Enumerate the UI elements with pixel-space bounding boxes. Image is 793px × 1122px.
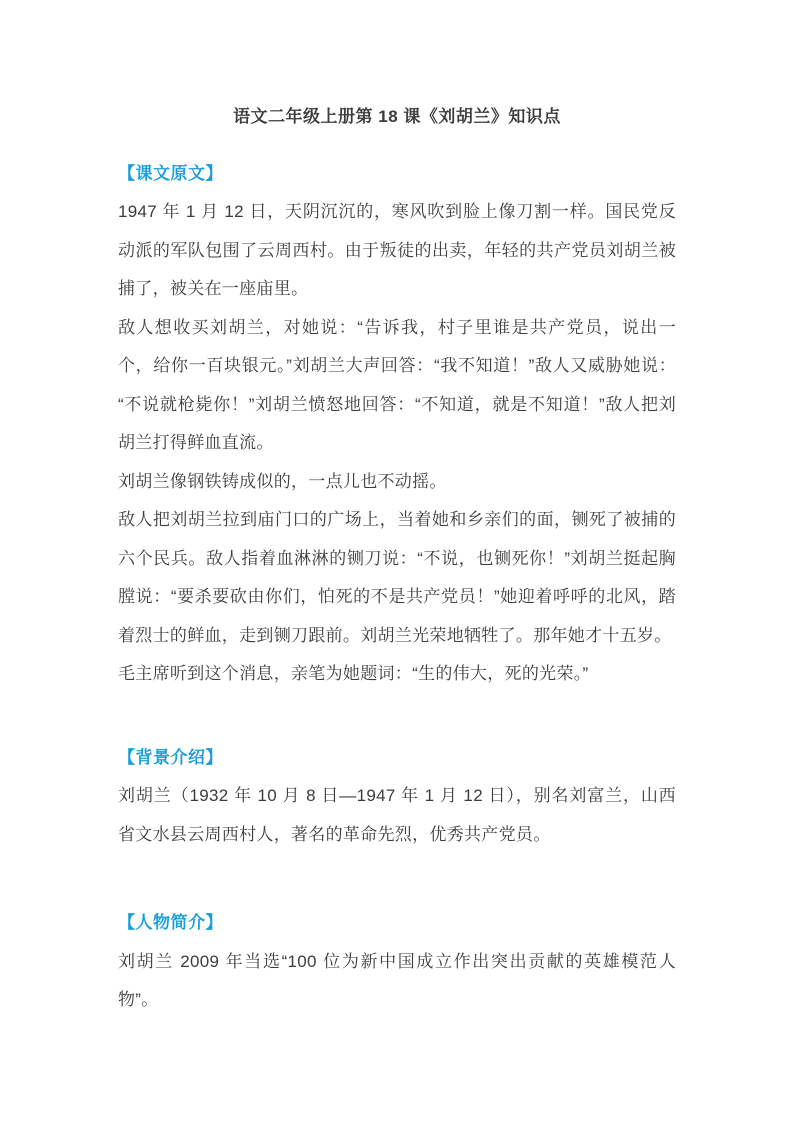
section-heading-person-intro: 【人物简介】 xyxy=(118,904,676,943)
paragraph-person-intro-1: 刘胡兰 2009 年当选“100 位为新中国成立作出突出贡献的英雄模范人物”。 xyxy=(118,943,676,1020)
paragraph-course-text-1: 1947 年 1 月 12 日，天阴沉沉的，寒风吹到脸上像刀割一样。国民党反动派… xyxy=(118,193,676,309)
section-background: 【背景介绍】 刘胡兰（1932 年 10 月 8 日—1947 年 1 月 12… xyxy=(118,739,676,855)
section-course-text: 【课文原文】 1947 年 1 月 12 日，天阴沉沉的，寒风吹到脸上像刀割一样… xyxy=(118,155,676,694)
paragraph-background-1: 刘胡兰（1932 年 10 月 8 日—1947 年 1 月 12 日），别名刘… xyxy=(118,777,676,854)
section-heading-background: 【背景介绍】 xyxy=(118,739,676,778)
paragraph-course-text-5: 毛主席听到这个消息，亲笔为她题词：“生的伟大，死的光荣。” xyxy=(118,655,676,694)
document-page: 语文二年级上册第 18 课《刘胡兰》知识点 【课文原文】 1947 年 1 月 … xyxy=(0,0,793,1122)
paragraph-course-text-2: 敌人想收买刘胡兰，对她说：“告诉我，村子里谁是共产党员，说出一个，给你一百块银元… xyxy=(118,309,676,463)
section-heading-course-text: 【课文原文】 xyxy=(118,155,676,194)
paragraph-course-text-3: 刘胡兰像钢铁铸成似的，一点儿也不动摇。 xyxy=(118,463,676,502)
section-person-intro: 【人物简介】 刘胡兰 2009 年当选“100 位为新中国成立作出突出贡献的英雄… xyxy=(118,904,676,1020)
page-title: 语文二年级上册第 18 课《刘胡兰》知识点 xyxy=(118,98,676,137)
paragraph-course-text-4: 敌人把刘胡兰拉到庙门口的广场上，当着她和乡亲们的面，铡死了被捕的六个民兵。敌人指… xyxy=(118,501,676,655)
